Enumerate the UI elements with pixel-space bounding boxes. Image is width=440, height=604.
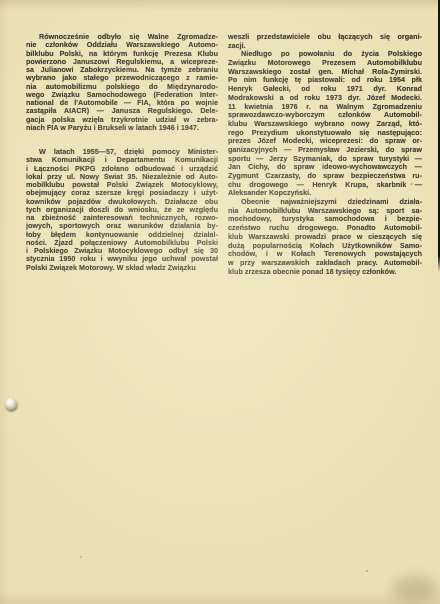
text-line: W latach 1955—57, dzięki pomocy Minister… bbox=[26, 148, 218, 156]
text-line: Obecnie najważniejszymi dziedzinami dzia… bbox=[228, 198, 422, 207]
text-line: Warszawskiego został gen. Michał Rola-Ży… bbox=[228, 68, 422, 77]
text-line: Henryk Gałecki, od roku 1971 dyr. Konrad bbox=[228, 85, 422, 94]
corner-stain bbox=[392, 576, 438, 602]
text-line: w przy warszawskich zakładach pracy. Aut… bbox=[228, 259, 422, 268]
text-line: nie członków Oddziału Warszawskiego Auto… bbox=[26, 41, 218, 49]
text-line: stwa Komunikacji i Departamentu Komunika… bbox=[26, 156, 218, 164]
text-line: Związku Motorowego Prezesem Automobilklu… bbox=[228, 59, 422, 68]
text-line: stycznia 1950 roku i wwyniku jego uchwał… bbox=[26, 255, 218, 263]
text-line: klub zrzesza obecnie ponad 18 tysięcy cz… bbox=[228, 268, 422, 277]
paper-speck bbox=[366, 570, 368, 572]
text-line: jowych, sportowych oraz warunków działan… bbox=[26, 222, 218, 230]
text-line: Polski Związek Motorowy. W skład władz Z… bbox=[26, 264, 218, 272]
text-line: 11 kwietnia 1976 r. na Walnym Zgromadzen… bbox=[228, 103, 422, 112]
text-line: obejmujący coraz szersze kręgi posiadacz… bbox=[26, 189, 218, 197]
text-line: niach FIA w Paryżu i Brukseli w latach 1… bbox=[26, 124, 218, 132]
text-column-right: weszli przedstawiciele obu łączących się… bbox=[228, 33, 422, 276]
text-line: mobilklubu powstał Polski Związek Motocy… bbox=[26, 181, 218, 189]
text-line: czeństwo ruchu drogowego. Ponadto Automo… bbox=[228, 224, 422, 233]
paper-speck bbox=[80, 556, 82, 558]
paragraph: Niedługo po powołaniu do życia Polskiego… bbox=[228, 50, 422, 198]
text-line: chu drogowego — Henryk Krupa, skarbnik — bbox=[228, 181, 422, 190]
text-line: prezes Józef Modecki, wiceprezesi: do sp… bbox=[228, 137, 422, 146]
text-line: Aleksander Kopczyński. bbox=[228, 189, 422, 198]
paragraph: W latach 1955—57, dzięki pomocy Minister… bbox=[26, 148, 218, 272]
text-line: Niedługo po powołaniu do życia Polskiego bbox=[228, 50, 422, 59]
text-line: Po nim funkcję tę piastowali: od roku 19… bbox=[228, 76, 422, 85]
text-line: ganizacyjnych — Przemysław Jezierski, do… bbox=[228, 146, 422, 155]
text-line: powierzono Januszowi Regulskiemu, a wice… bbox=[26, 58, 218, 66]
text-line: gacja polska wzięła trzykrotnie udział w… bbox=[26, 116, 218, 124]
text-column-left: Równocześnie odbyło się Walne Zgromadze-… bbox=[26, 33, 218, 272]
text-line: nia automobilizmu polskiego do Międzynar… bbox=[26, 83, 218, 91]
text-line: rego Prezydium ukonstytuowało się następ… bbox=[228, 129, 422, 138]
text-line: national de l'Automobile — FIA, która po… bbox=[26, 99, 218, 107]
text-line: Modrakowski a od roku 1973 dyr. Józef Mo… bbox=[228, 94, 422, 103]
paragraph: weszli przedstawiciele obu łączących się… bbox=[228, 33, 422, 50]
text-line: kowników pojazdów dwukołowych. Działacze… bbox=[26, 198, 218, 206]
text-line: zastąpiła AIACR) — Janusza Regulskiego. … bbox=[26, 107, 218, 115]
text-line: Równocześnie odbyło się Walne Zgromadze- bbox=[26, 33, 218, 41]
text-line: i Łączności PKPG zdołano odbudować i urz… bbox=[26, 165, 218, 173]
text-line: klub Warszawski prowadzi prace w ciesząc… bbox=[228, 233, 422, 242]
text-line: sa Julianowi Zabokrzyckiemu. Na tymże ze… bbox=[26, 66, 218, 74]
text-line: i Polskiego Związku Motocyklowego odbył … bbox=[26, 247, 218, 255]
text-line: lokal przy ul. Nowy Świat 35. Niezależni… bbox=[26, 173, 218, 181]
text-line: nia Automobilklubu Warszawskiego są: spo… bbox=[228, 207, 422, 216]
text-line: na zbieżność zainteresowań technicznych,… bbox=[26, 214, 218, 222]
text-line: sprawozdawczo-wyborczym członków Automob… bbox=[228, 111, 422, 120]
text-line: Jan Cichy, do spraw ideowo-wychowawczych… bbox=[228, 163, 422, 172]
text-line: klubu Warszawskiego wybrano nowy Zarząd,… bbox=[228, 120, 422, 129]
text-line: sportu — Jerzy Szymaniak, do spraw turys… bbox=[228, 155, 422, 164]
text-line: zacji. bbox=[228, 42, 422, 51]
text-line: wego Związku Samochodowego (Federation I… bbox=[26, 91, 218, 99]
text-line: wybrano jako stałego przewodniczącego z … bbox=[26, 74, 218, 82]
text-line: tych organizacji doszli do wniosku, że z… bbox=[26, 206, 218, 214]
staple-hole bbox=[5, 398, 17, 410]
text-line: Zygmunt Czarzasty, do spraw bezpieczeńst… bbox=[228, 172, 422, 181]
text-line: dużą popularnością Kołach Użytkowników S… bbox=[228, 242, 422, 251]
text-line: bilklubu Polski, na którym funkcję Preze… bbox=[26, 50, 218, 58]
text-line: weszli przedstawiciele obu łączących się… bbox=[228, 33, 422, 42]
text-line: mochodowy, turystyka samochodowa i bezpi… bbox=[228, 215, 422, 224]
text-line: chodów, i w Kołach Terenowych powstający… bbox=[228, 250, 422, 259]
paragraph: Równocześnie odbyło się Walne Zgromadze-… bbox=[26, 33, 218, 132]
scanned-page: Równocześnie odbyło się Walne Zgromadze-… bbox=[0, 0, 440, 604]
text-line: łoby błędem kontynuowanie oddzielnej dzi… bbox=[26, 231, 218, 239]
text-line: ności. Zjazd połączeniowy Automobilklubu… bbox=[26, 239, 218, 247]
paragraph: Obecnie najważniejszymi dziedzinami dzia… bbox=[228, 198, 422, 276]
